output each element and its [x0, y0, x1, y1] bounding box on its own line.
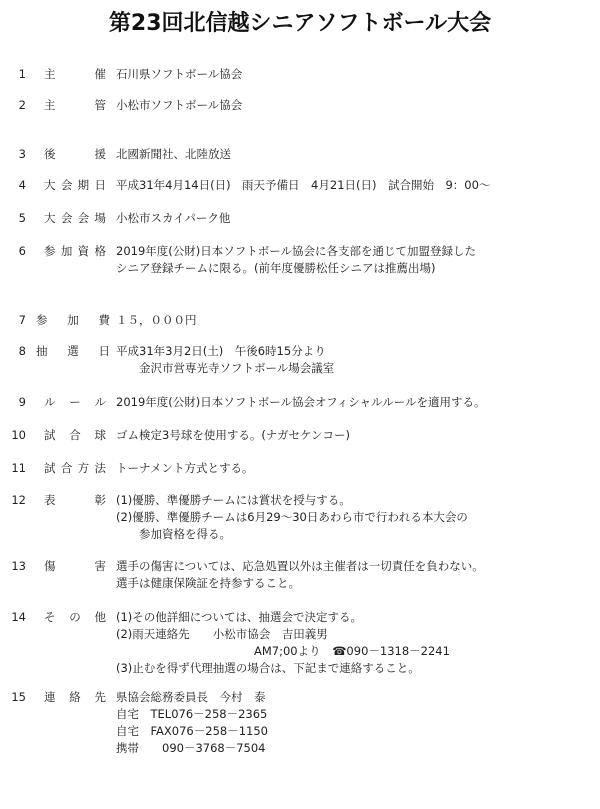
item-label-char: 会 [61, 177, 73, 194]
item-label-char: の [69, 609, 81, 626]
item-number: 14 [0, 609, 26, 626]
item-value-line: 2019年度(公財)日本ソフトボール協会に各支部を通じて加盟登録した [116, 243, 476, 260]
item-label: 大会期日 [44, 177, 106, 194]
item-value-line: 2019年度(公財)日本ソフトボール協会オフィシャルルールを適用する。 [116, 394, 486, 411]
item-value: 北國新聞社、北陸放送 [116, 146, 231, 163]
item-label-char: 援 [95, 146, 107, 163]
item-label-char: 加 [67, 312, 79, 329]
item-label-char: 連 [44, 689, 56, 706]
item-label-char: 参 [36, 312, 48, 329]
item-value: (1)その他詳細については、抽選会で決定する。(2)雨天連絡先 小松市協会 吉田… [116, 609, 450, 677]
item-label: 表彰 [44, 492, 106, 509]
item-value-line: 選手は健康保険証を持参すること。 [116, 575, 484, 592]
item-value-line: 携帯 090－3768－7504 [116, 740, 268, 757]
item-label-char: 試 [44, 427, 56, 444]
item-label-char: 傷 [44, 558, 56, 575]
item-label-char: 加 [61, 243, 73, 260]
item-label-char: 彰 [95, 492, 107, 509]
item-value-line: (1)優勝、準優勝チームには賞状を授与する。 [116, 492, 468, 509]
item-label-char: 害 [95, 558, 107, 575]
item-label-char: 会 [61, 210, 73, 227]
item-number: 13 [0, 558, 26, 575]
item-label: ルール [44, 394, 106, 411]
item-label: 主催 [44, 66, 106, 83]
item-label-char: ル [95, 394, 107, 411]
item-number: 1 [0, 66, 26, 83]
item-label-char: 主 [44, 66, 56, 83]
item-value-line: 選手の傷害については、応急処置以外は主催者は一切責任を負わない。 [116, 558, 484, 575]
item-label-char: 参 [44, 243, 56, 260]
item-label: 参加資格 [44, 243, 106, 260]
item-label-char: そ [44, 609, 56, 626]
item-value: 県協会総務委員長 今村 泰自宅 TEL076－258－2365自宅 FAX076… [116, 689, 268, 757]
item-label-char: 先 [95, 689, 107, 706]
item-label: 抽選日 [36, 343, 110, 360]
item-label-char: 表 [44, 492, 56, 509]
page-title: 第23回北信越シニアソフトボール大会 [0, 6, 600, 37]
item-label-char: 管 [95, 97, 107, 114]
item-label-char: 会 [78, 210, 90, 227]
item-label-char: 日 [99, 343, 111, 360]
item-label-char: 場 [94, 210, 106, 227]
item-value: １５，０００円 [116, 312, 197, 329]
item-value: 石川県ソフトボール協会 [116, 66, 242, 83]
item-label-char: 期 [78, 177, 90, 194]
item-label: 主管 [44, 97, 106, 114]
item-value-line: 平成31年3月2日(土) 午後6時15分より [116, 343, 334, 360]
item-value: (1)優勝、準優勝チームには賞状を授与する。(2)優勝、準優勝チームは6月29～… [116, 492, 468, 543]
item-value-line: トーナメント方式とする。 [116, 460, 254, 477]
item-number: 3 [0, 146, 26, 163]
item-label: 大会会場 [44, 210, 106, 227]
item-value-line: 自宅 FAX076－258－1150 [116, 723, 268, 740]
item-number: 6 [0, 243, 26, 260]
item-value-line: 平成31年4月14日(日) 雨天予備日 4月21日(日) 試合開始 9：00～ [116, 177, 490, 194]
item-value: トーナメント方式とする。 [116, 460, 254, 477]
item-label-char: 他 [95, 609, 107, 626]
item-value-line: シニア登録チームに限る。(前年度優勝松任シニアは推薦出場) [116, 260, 476, 277]
item-number: 10 [0, 427, 26, 444]
item-value-line: 小松市スカイパーク他 [116, 210, 230, 227]
item-value-line: (2)雨天連絡先 小松市協会 吉田義男 [116, 626, 450, 643]
item-label-char: 大 [44, 210, 56, 227]
item-value: 2019年度(公財)日本ソフトボール協会に各支部を通じて加盟登録したシニア登録チ… [116, 243, 476, 277]
item-value-line: 参加資格を得る。 [116, 526, 468, 543]
item-label-char: 費 [99, 312, 111, 329]
item-value: 小松市スカイパーク他 [116, 210, 230, 227]
item-value-line: 小松市ソフトボール協会 [116, 97, 242, 114]
item-label-char: 法 [94, 460, 106, 477]
item-label: 後援 [44, 146, 106, 163]
item-label: 参加費 [36, 312, 110, 329]
item-label: 傷害 [44, 558, 106, 575]
item-number: 9 [0, 394, 26, 411]
item-value-line: 北國新聞社、北陸放送 [116, 146, 231, 163]
item-number: 5 [0, 210, 26, 227]
item-label-char: 合 [61, 460, 73, 477]
item-label-char: 試 [44, 460, 56, 477]
item-label-char: 主 [44, 97, 56, 114]
item-value: 選手の傷害については、応急処置以外は主催者は一切責任を負わない。選手は健康保険証… [116, 558, 484, 592]
item-number: 2 [0, 97, 26, 114]
item-value-line: ゴム検定3号球を使用する。(ナガセケンコー) [116, 427, 350, 444]
item-number: 12 [0, 492, 26, 509]
item-number: 11 [0, 460, 26, 477]
item-label-char: 日 [94, 177, 106, 194]
item-value-line: 県協会総務委員長 今村 泰 [116, 689, 268, 706]
item-number: 7 [0, 312, 26, 329]
item-label-char: 合 [69, 427, 81, 444]
item-value: 2019年度(公財)日本ソフトボール協会オフィシャルルールを適用する。 [116, 394, 486, 411]
item-value-line: (3)止むを得ず代理抽選の場合は、下記まで連絡すること。 [116, 660, 450, 677]
item-label-char: ル [44, 394, 56, 411]
item-label: その他 [44, 609, 106, 626]
item-label-char: 大 [44, 177, 56, 194]
item-label: 試合方法 [44, 460, 106, 477]
item-label-char: 方 [78, 460, 90, 477]
item-value: 小松市ソフトボール協会 [116, 97, 242, 114]
item-value: 平成31年3月2日(土) 午後6時15分より 金沢市営専光寺ソフトボール場会議室 [116, 343, 334, 377]
item-label-char: 抽 [36, 343, 48, 360]
item-label-char: 後 [44, 146, 56, 163]
item-label-char: 絡 [69, 689, 81, 706]
item-label-char: ー [69, 394, 81, 411]
item-number: 15 [0, 689, 26, 706]
item-value-line: 石川県ソフトボール協会 [116, 66, 242, 83]
item-value-line: (1)その他詳細については、抽選会で決定する。 [116, 609, 450, 626]
item-number: 4 [0, 177, 26, 194]
item-value: 平成31年4月14日(日) 雨天予備日 4月21日(日) 試合開始 9：00～ [116, 177, 490, 194]
item-value-line: 金沢市営専光寺ソフトボール場会議室 [116, 360, 334, 377]
item-value: ゴム検定3号球を使用する。(ナガセケンコー) [116, 427, 350, 444]
item-value-line: (2)優勝、準優勝チームは6月29～30日あわら市で行われる本大会の [116, 509, 468, 526]
item-label: 連絡先 [44, 689, 106, 706]
item-label-char: 催 [95, 66, 107, 83]
item-label-char: 球 [95, 427, 107, 444]
item-label-char: 資 [78, 243, 90, 260]
item-number: 8 [0, 343, 26, 360]
item-value-line: １５，０００円 [116, 312, 197, 329]
item-value-line: AM7;00より ☎090－1318－2241 [116, 643, 450, 660]
item-value-line: 自宅 TEL076－258－2365 [116, 706, 268, 723]
item-label-char: 選 [67, 343, 79, 360]
item-label: 試合球 [44, 427, 106, 444]
item-label-char: 格 [94, 243, 106, 260]
